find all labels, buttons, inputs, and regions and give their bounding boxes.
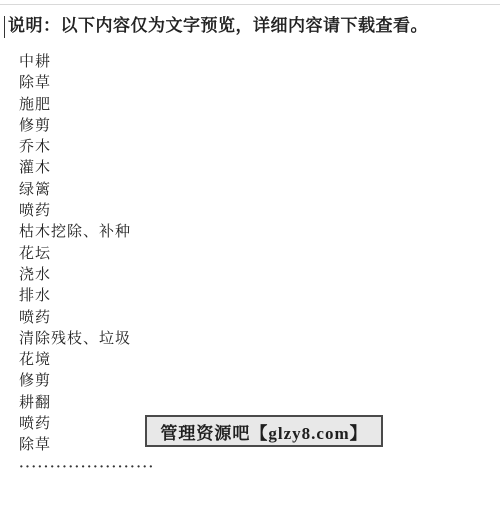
list-item: 绿篱 bbox=[19, 180, 131, 201]
document-preview-page: 说明：以下内容仅为文字预览，详细内容请下载查看。 中耕 除草 施肥 修剪 乔木 … bbox=[0, 0, 500, 519]
list-item: 清除残枝、垃圾 bbox=[19, 329, 131, 350]
list-item: 修剪 bbox=[19, 371, 131, 392]
list-item: 喷药 bbox=[19, 414, 131, 435]
text-cursor bbox=[4, 16, 5, 38]
list-item: 浇水 bbox=[19, 265, 131, 286]
list-item: 除草 bbox=[19, 435, 131, 456]
list-item: 中耕 bbox=[19, 52, 131, 73]
list-item: 施肥 bbox=[19, 95, 131, 116]
content-list: 中耕 除草 施肥 修剪 乔木 灌木 绿篱 喷药 枯木挖除、补种 花坛 浇水 排水… bbox=[19, 52, 131, 457]
list-item: 花境 bbox=[19, 350, 131, 371]
ellipsis-row: ······················ bbox=[19, 460, 155, 476]
list-item: 排水 bbox=[19, 286, 131, 307]
list-item: 除草 bbox=[19, 73, 131, 94]
list-item: 耕翻 bbox=[19, 393, 131, 414]
list-item: 修剪 bbox=[19, 116, 131, 137]
list-item: 枯木挖除、补种 bbox=[19, 222, 131, 243]
watermark-text: 管理资源吧【glzy8.com】 bbox=[160, 419, 367, 444]
list-item: 乔木 bbox=[19, 137, 131, 158]
list-item: 花坛 bbox=[19, 244, 131, 265]
list-item: 灌木 bbox=[19, 158, 131, 179]
list-item: 喷药 bbox=[19, 308, 131, 329]
watermark-box: 管理资源吧【glzy8.com】 bbox=[145, 415, 383, 447]
top-divider bbox=[0, 4, 500, 5]
list-item: 喷药 bbox=[19, 201, 131, 222]
preview-notice: 说明：以下内容仅为文字预览，详细内容请下载查看。 bbox=[8, 15, 428, 37]
preview-notice-row: 说明：以下内容仅为文字预览，详细内容请下载查看。 bbox=[4, 15, 428, 38]
